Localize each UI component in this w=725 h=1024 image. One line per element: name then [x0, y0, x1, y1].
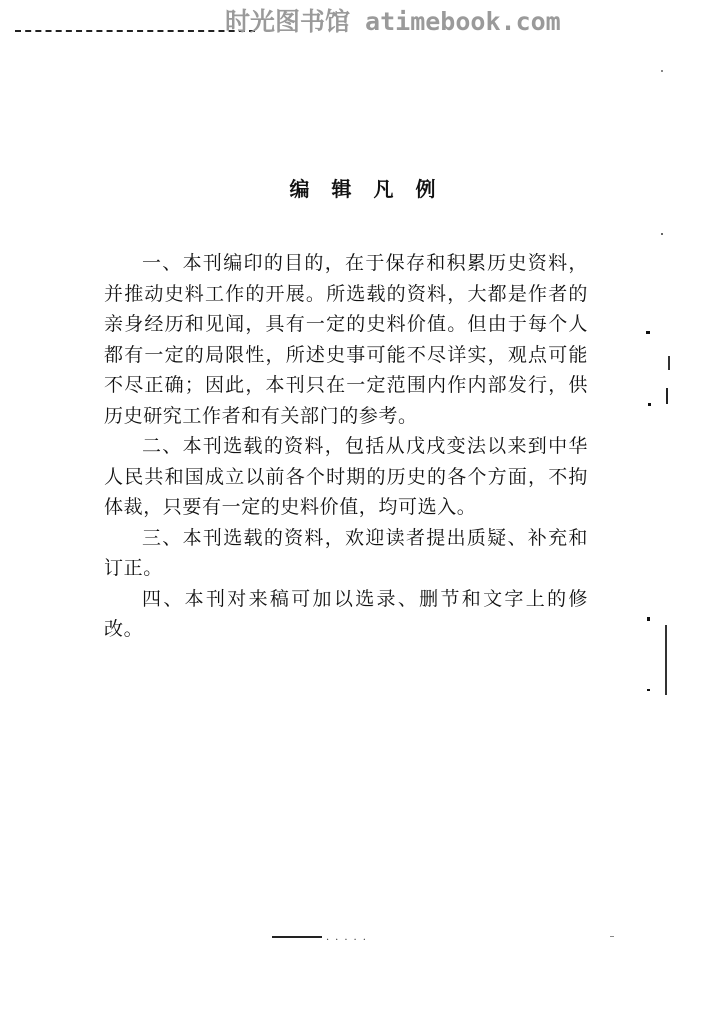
scan-dashed-line — [15, 30, 255, 32]
paragraph-4: 四、本刊对来稿可加以选录、删节和文字上的修改。 — [104, 584, 588, 645]
paragraph-2: 二、本刊选载的资料，包括从戊戌变法以来到中华人民共和国成立以前各个时期的历史的各… — [104, 431, 588, 523]
scan-speck — [661, 70, 663, 72]
paragraph-1: 一、本刊编印的目的，在于保存和积累历史资料，并推动史料工作的开展。所选载的资料，… — [104, 248, 588, 431]
watermark: 时光图书馆 atimebook.com — [225, 2, 561, 38]
editorial-notes-body: 一、本刊编印的目的，在于保存和积累历史资料，并推动史料工作的开展。所选载的资料，… — [104, 248, 588, 645]
footer-dots: ..... — [326, 932, 372, 943]
scan-speck — [668, 356, 670, 370]
scan-speck — [610, 936, 614, 937]
scan-edge-line — [665, 625, 667, 695]
footer-rule — [272, 936, 322, 938]
scan-speck — [666, 388, 668, 404]
scan-speck — [646, 331, 650, 334]
page-title: 编辑凡例 — [0, 173, 725, 202]
paragraph-3: 三、本刊选载的资料，欢迎读者提出质疑、补充和订正。 — [104, 523, 588, 584]
scan-speck — [661, 233, 663, 235]
scan-speck — [648, 403, 651, 406]
scan-speck — [647, 617, 650, 621]
scan-speck — [647, 689, 650, 691]
